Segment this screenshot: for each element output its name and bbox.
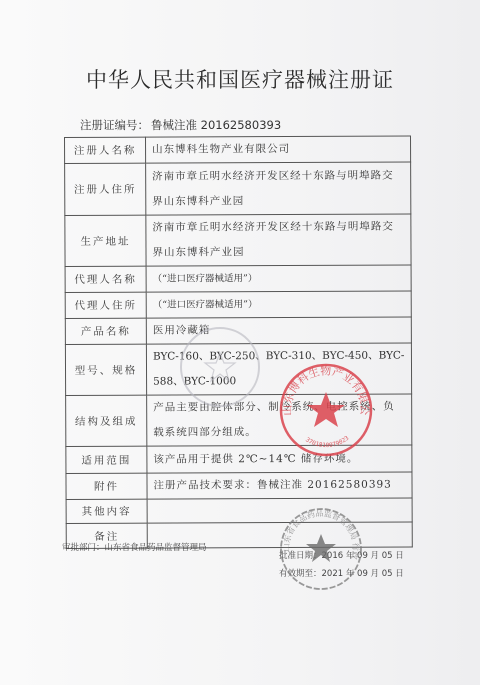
registration-number-value: 鲁械注准 20162580393	[151, 118, 281, 132]
table-row: 代理人住所 （“进口医疗器械适用”）	[65, 291, 411, 319]
row-value: 该产品用于提供 2℃~14℃ 储存环境。	[147, 445, 412, 473]
row-value: （“进口医疗器械适用”）	[146, 291, 411, 318]
table-row: 产品名称 医用冷藏箱	[65, 317, 411, 345]
approval-dates: 批准日期：2016 年 09 月 05 日 有效期至：2021 年 09 月 0…	[279, 547, 404, 583]
row-label: 适用范围	[66, 446, 147, 473]
row-label: 结构及组成	[66, 395, 147, 446]
row-label: 其他内容	[66, 499, 147, 523]
row-label: 生产地址	[65, 215, 146, 266]
registration-number-label: 注册证编号：	[80, 118, 149, 132]
document-title: 中华人民共和国医疗器械注册证	[0, 64, 480, 94]
row-value: 山东博科生物产业有限公司	[146, 136, 411, 163]
row-value: （“进口医疗器械适用”）	[146, 265, 411, 292]
table-row: 适用范围 该产品用于提供 2℃~14℃ 储存环境。	[66, 445, 412, 474]
row-value: 济南市章丘明水经济开发区经十东路与明埠路交界山东博科产业园	[146, 162, 411, 215]
row-label: 附件	[66, 473, 147, 499]
table-row: 注册人住所 济南市章丘明水经济开发区经十东路与明埠路交界山东博科产业园	[65, 162, 411, 216]
approval-department: 审批部门：山东省食品药品监督管理局	[62, 541, 207, 553]
row-label: 代理人住所	[65, 292, 146, 318]
row-value: 产品主要由腔体部分、制冷系统、电控系统、负载系统四部分组成。	[147, 394, 412, 446]
table-row: 型号、规格 BYC-160、BYC-250、BYC-310、BYC-450、BY…	[65, 343, 411, 396]
table-row: 注册人名称 山东博科生物产业有限公司	[65, 136, 411, 164]
row-label: 产品名称	[65, 318, 146, 344]
row-label: 型号、规格	[65, 344, 146, 395]
table-row: 代理人名称 （“进口医疗器械适用”）	[65, 265, 411, 293]
row-value: 注册产品技术要求：鲁械注准 20162580393	[147, 472, 412, 499]
row-label: 注册人名称	[65, 137, 146, 163]
registration-number: 注册证编号：鲁械注准 20162580393	[80, 117, 281, 133]
valid-until-date: 有效期至：2021 年 09 月 05 日	[279, 565, 404, 583]
table-row: 其他内容	[66, 498, 412, 524]
row-label: 注册人住所	[65, 163, 146, 215]
table-row: 结构及组成 产品主要由腔体部分、制冷系统、电控系统、负载系统四部分组成。	[66, 394, 412, 447]
row-value: 医用冷藏箱	[146, 317, 411, 344]
table-row: 生产地址 济南市章丘明水经济开发区经十东路与明埠路交界山东博科产业园	[65, 214, 411, 267]
row-value	[147, 498, 412, 523]
row-value: 济南市章丘明水经济开发区经十东路与明埠路交界山东博科产业园	[146, 214, 411, 266]
approval-date: 批准日期：2016 年 09 月 05 日	[279, 547, 404, 565]
table-row: 附件 注册产品技术要求：鲁械注准 20162580393	[66, 472, 412, 500]
certificate-table: 注册人名称 山东博科生物产业有限公司 注册人住所 济南市章丘明水经济开发区经十东…	[64, 135, 413, 549]
row-label: 代理人名称	[65, 266, 146, 292]
row-value: BYC-160、BYC-250、BYC-310、BYC-450、BYC-588、…	[146, 343, 411, 395]
